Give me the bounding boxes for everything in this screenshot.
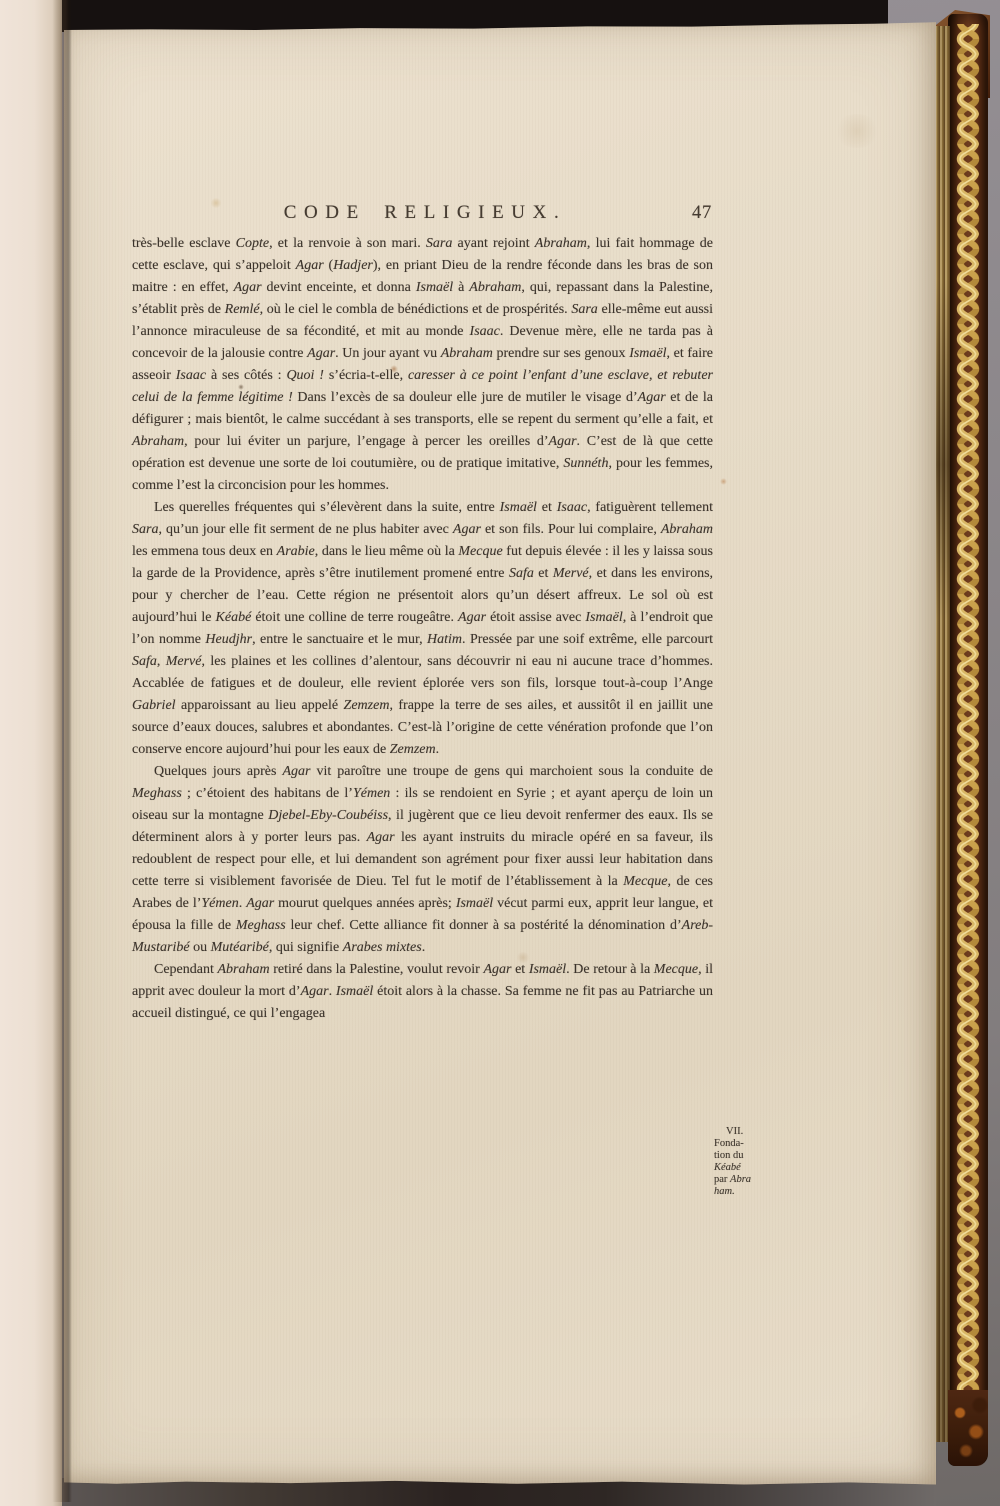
italic-text-run: Sara (571, 302, 597, 317)
text-run: étoit une colline de terre rougeâtre. (251, 610, 458, 625)
margin-note-line: ham. (714, 1186, 774, 1198)
paragraph: Cependant Abraham retiré dans la Palesti… (132, 959, 713, 1025)
italic-text-run: Abraham (535, 236, 587, 251)
italic-text-run: Kéabé (714, 1162, 741, 1173)
italic-text-run: Meghass (132, 786, 182, 801)
text-run: tion du (714, 1150, 743, 1161)
italic-text-run: Ismaël (416, 280, 453, 295)
italic-text-run: Remlé (225, 302, 260, 317)
book-photo: CODE RELIGIEUX. 47 très-belle esclave Co… (0, 0, 1000, 1506)
italic-text-run: Abraham (132, 434, 184, 449)
italic-text-run: Agar (296, 258, 324, 273)
italic-text-run: Copte (236, 236, 269, 251)
text-run: , (157, 654, 166, 669)
text-run: Les querelles fréquentes qui s’élevèrent… (154, 500, 500, 515)
margin-note: VII.Fonda-tion duKéabépar Abraham. (714, 1126, 774, 1198)
italic-text-run: Agar (307, 346, 335, 361)
italic-text-run: Mecque (458, 544, 502, 559)
running-head-title: CODE RELIGIEUX. (132, 202, 718, 224)
italic-text-run: Sara (426, 236, 452, 251)
text-run: devint enceinte, et donna (262, 280, 416, 295)
paragraph: Les querelles fréquentes qui s’élevèrent… (132, 497, 713, 761)
text-run: et (534, 566, 553, 581)
italic-text-run: Zemzem (344, 698, 390, 713)
italic-text-run: Agar (282, 764, 310, 779)
text-run: ( (324, 258, 334, 273)
text-run: s’écria-t-elle, (324, 368, 408, 383)
text-run: , où le ciel le combla de bénédictions e… (260, 302, 572, 317)
text-run: , les plaines et les collines d’alentour… (132, 654, 713, 691)
text-run: et (537, 500, 557, 515)
text-run: Fonda- (714, 1138, 744, 1149)
italic-text-run: Agar (458, 610, 486, 625)
text-run: ayant rejoint (452, 236, 534, 251)
text-run: . Pressée par une soif extrême, elle par… (462, 632, 713, 647)
italic-text-run: ham. (714, 1186, 735, 1197)
italic-text-run: Abraham (661, 522, 713, 537)
italic-text-run: Zemzem (390, 742, 436, 757)
italic-text-run: Heudjhr (205, 632, 252, 647)
italic-text-run: Djebel-Eby-Coubéiss (268, 808, 388, 823)
text-run: retiré dans la Palestine, voulut revoir (270, 962, 484, 977)
italic-text-run: Safa (509, 566, 534, 581)
text-run: , entre le sanctuaire et le mur, (252, 632, 427, 647)
text-run: , dans le lieu même où la (315, 544, 459, 559)
margin-note-line: VII. (714, 1126, 774, 1138)
italic-text-run: Arabes mixtes (343, 940, 422, 955)
text-run: par (714, 1174, 730, 1185)
text-run: , qui signifie (269, 940, 343, 955)
italic-text-run: Ismaël (456, 896, 493, 911)
italic-text-run: Mervé (553, 566, 589, 581)
text-run: mourut quelques années après; (274, 896, 456, 911)
italic-text-run: Quoi ! (286, 368, 324, 383)
italic-text-run: Safa (132, 654, 157, 669)
text-run: , et la renvoie à son mari. (269, 236, 426, 251)
text-run: ou (190, 940, 211, 955)
foxing-stain (834, 114, 880, 148)
italic-text-run: Mecque (623, 874, 667, 889)
text-run: les emmena tous deux en (132, 544, 277, 559)
italic-text-run: Hadjer (333, 258, 373, 273)
italic-text-run: Abra (730, 1174, 751, 1185)
text-run: . (422, 940, 426, 955)
text-run: Quelques jours après (154, 764, 282, 779)
italic-text-run: Ismaël (529, 962, 566, 977)
italic-text-run: Agar (367, 830, 395, 845)
italic-text-run: Ismaël (500, 500, 537, 515)
text-run: . (329, 984, 336, 999)
text-column: très-belle esclave Copte, et la renvoie … (132, 233, 713, 1025)
text-run: vit paroître une troupe de gens qui marc… (310, 764, 713, 779)
text-run: apparoissant au lieu appelé (176, 698, 344, 713)
text-run: prendre sur ses genoux (493, 346, 629, 361)
text-run: très-belle esclave (132, 236, 236, 251)
text-run: à ses côtés : (206, 368, 286, 383)
italic-text-run: Abraham (217, 962, 269, 977)
text-run: . De retour à la (566, 962, 654, 977)
italic-text-run: Ismaël (336, 984, 373, 999)
margin-note-line: tion du (714, 1150, 774, 1162)
running-head: CODE RELIGIEUX. 47 (132, 202, 718, 236)
binding-bottom-corner (948, 1390, 988, 1466)
italic-text-run: Agar (549, 434, 577, 449)
italic-text-run: Agar (638, 390, 666, 405)
italic-text-run: Agar (234, 280, 262, 295)
text-run: Cependant (154, 962, 217, 977)
paragraph: Quelques jours après Agar vit paroître u… (132, 761, 713, 959)
italic-text-run: Agar (246, 896, 274, 911)
italic-text-run: Yémen (353, 786, 390, 801)
italic-text-run: Hatim (427, 632, 462, 647)
italic-text-run: Ismaël (629, 346, 666, 361)
italic-text-run: Mervé (166, 654, 202, 669)
text-run: . Un jour ayant vu (335, 346, 441, 361)
margin-note-line: Kéabé (714, 1162, 774, 1174)
italic-text-run: Sara (132, 522, 158, 537)
text-run: ; c’étoient des habitans de l’ (182, 786, 353, 801)
italic-text-run: Agar (453, 522, 481, 537)
adjacent-page-edge (0, 0, 62, 1506)
italic-text-run: Yémen (201, 896, 238, 911)
text-run: VII. (726, 1126, 743, 1137)
italic-text-run: Arabie (277, 544, 315, 559)
text-run: , qu’un jour elle fit serment de ne plus… (158, 522, 452, 537)
text-run: étoit assise avec (486, 610, 585, 625)
italic-text-run: Isaac (470, 324, 500, 339)
page-number: 47 (692, 203, 712, 224)
margin-note-line: par Abra (714, 1174, 774, 1186)
text-run: Dans l’excès de sa douleur elle jure de … (293, 390, 638, 405)
gold-tooling-pattern (953, 24, 983, 1414)
text-run: et (511, 962, 528, 977)
italic-text-run: Mutéaribé (211, 940, 269, 955)
text-run: , fatiguèrent tellement (587, 500, 713, 515)
italic-text-run: Ismaël (585, 610, 622, 625)
foxing-stain (720, 478, 727, 485)
italic-text-run: Sunnéth (563, 456, 608, 471)
text-run: , pour lui éviter un parjure, l’engage à… (184, 434, 548, 449)
italic-text-run: Gabriel (132, 698, 176, 713)
text-run: leur chef. Cette alliance fit donner à s… (286, 918, 682, 933)
book-page: CODE RELIGIEUX. 47 très-belle esclave Co… (64, 22, 936, 1486)
italic-text-run: Agar (483, 962, 511, 977)
italic-text-run: Mecque (654, 962, 698, 977)
italic-text-run: Meghass (236, 918, 286, 933)
italic-text-run: Isaac (176, 368, 206, 383)
italic-text-run: Abraham (441, 346, 493, 361)
margin-note-line: Fonda- (714, 1138, 774, 1150)
italic-text-run: Abraham (469, 280, 521, 295)
text-run: . (436, 742, 440, 757)
text-run: à (453, 280, 469, 295)
italic-text-run: Agar (301, 984, 329, 999)
text-run: et son fils. Pour lui complaire, (481, 522, 661, 537)
italic-text-run: Isaac (557, 500, 587, 515)
italic-text-run: Kéabé (216, 610, 252, 625)
paragraph: très-belle esclave Copte, et la renvoie … (132, 233, 713, 497)
